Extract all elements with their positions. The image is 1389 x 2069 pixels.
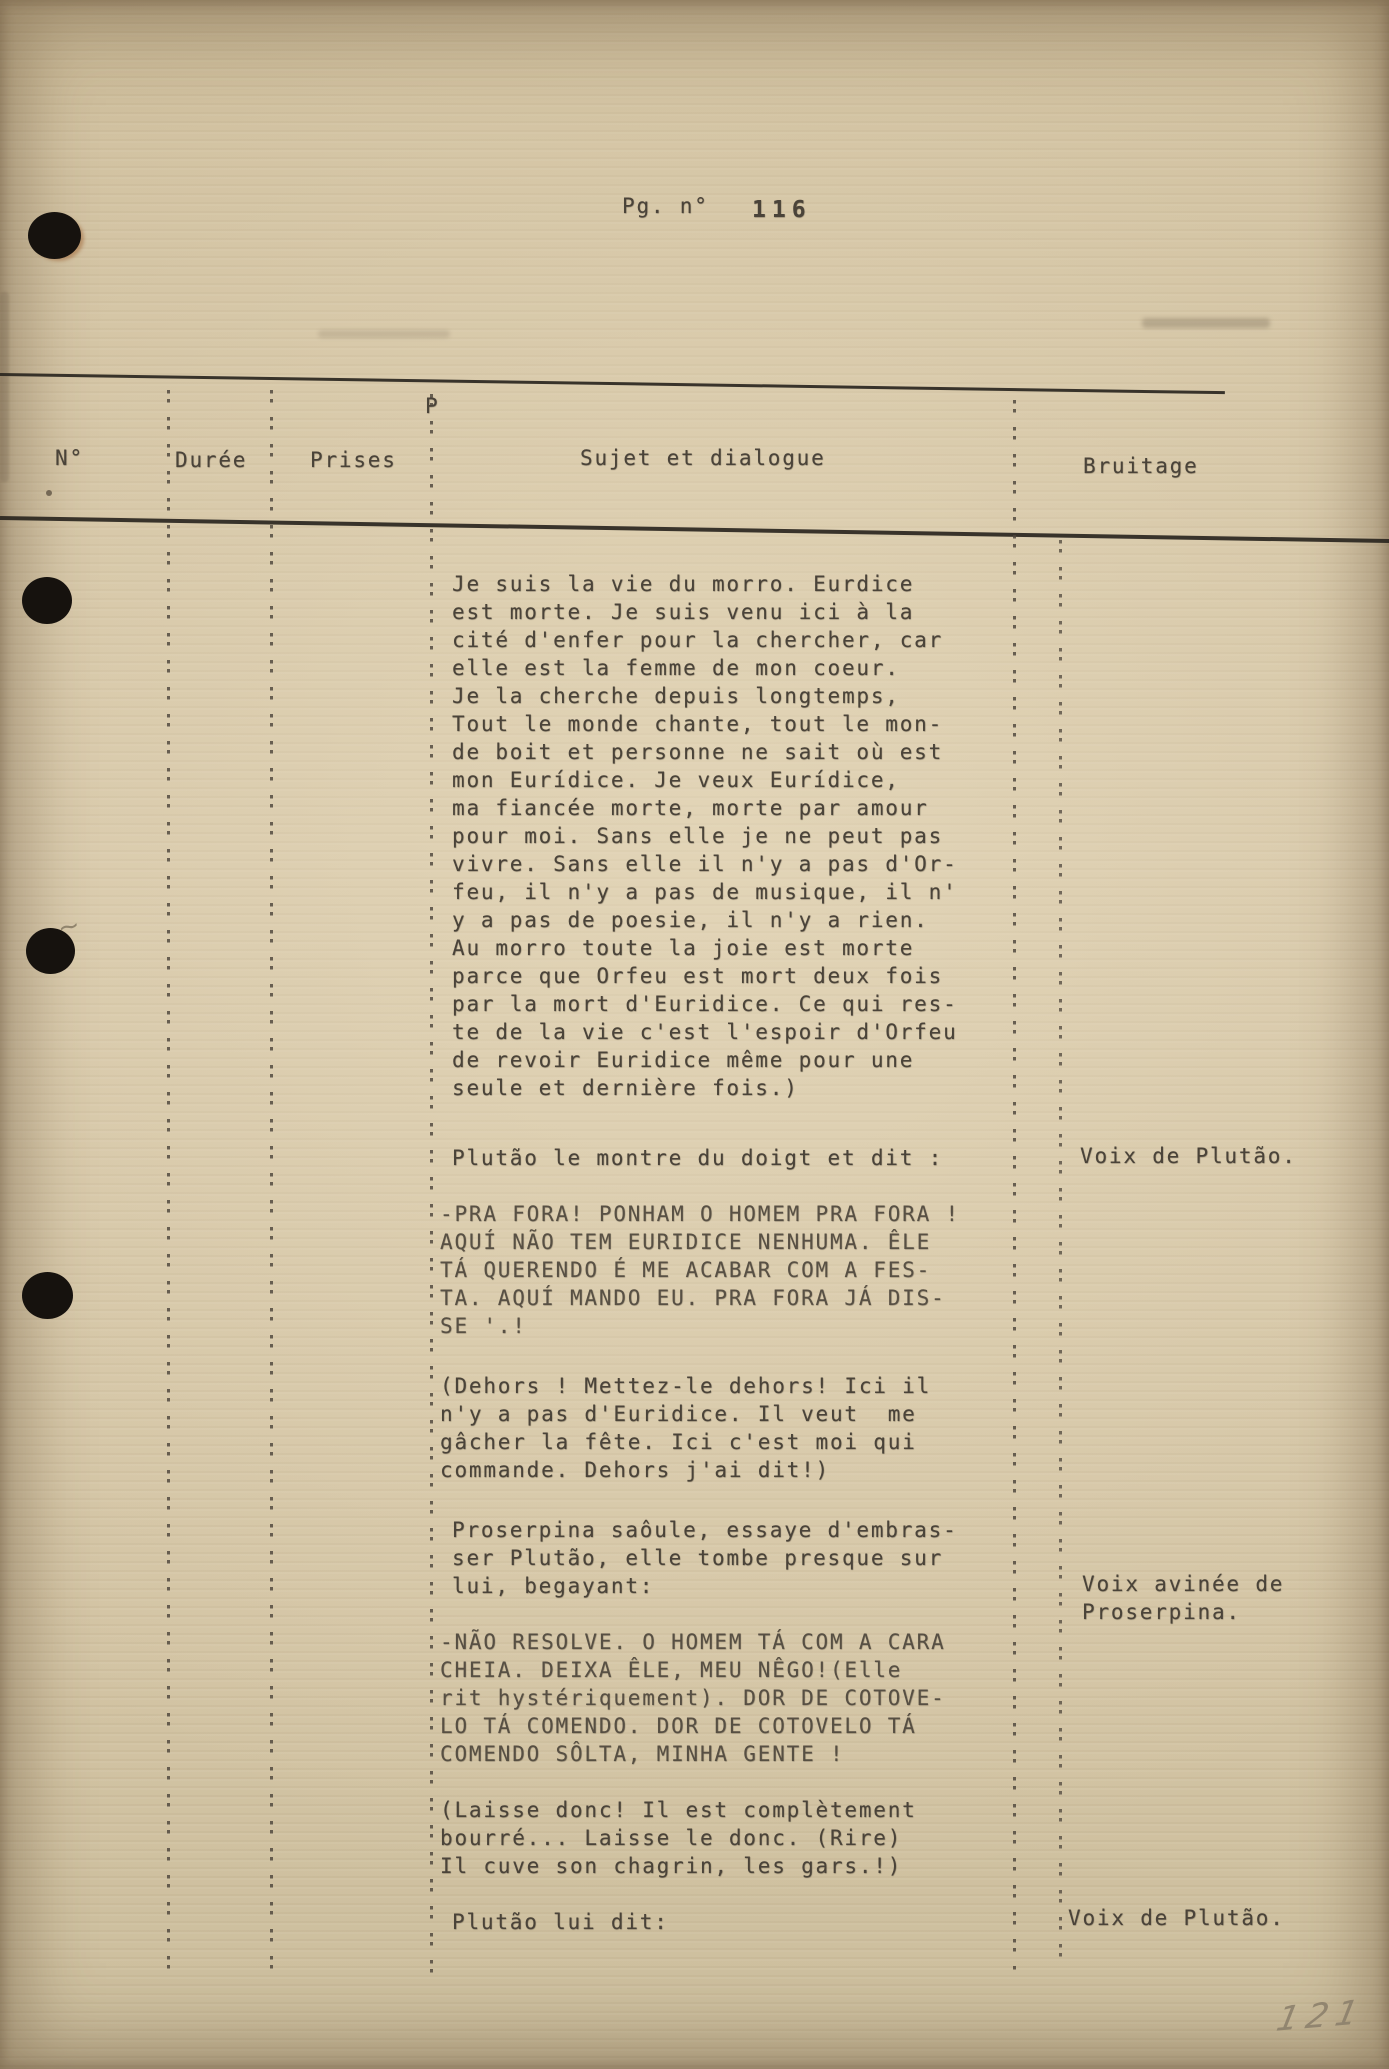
- dialogue-french-translation-2: (Laisse donc! Il est complètementbourré.…: [440, 1796, 917, 1880]
- stage-direction-plutao-says: Plutão lui dit:: [452, 1908, 669, 1936]
- text-line: (Dehors ! Mettez-le dehors! Ici il: [440, 1372, 931, 1400]
- column-header-duree: Durée: [175, 446, 247, 474]
- text-line: Plutão lui dit:: [452, 1908, 669, 1936]
- column-divider-dots: [430, 394, 433, 1974]
- text-line: lui, begayant:: [452, 1572, 958, 1600]
- text-line: Voix de Plutão.: [1068, 1904, 1285, 1932]
- stage-direction-proserpina: Proserpina saôule, essaye d'embras-ser P…: [452, 1516, 958, 1600]
- punch-hole: [22, 577, 72, 624]
- text-line: ser Plutão, elle tombe presque sur: [452, 1544, 958, 1572]
- column-divider-dots: [1059, 540, 1062, 1970]
- stage-direction-plutao-points: Plutão le montre du doigt et dit :: [452, 1144, 943, 1172]
- text-line: commande. Dehors j'ai dit!): [440, 1456, 931, 1484]
- table-top-rule: [0, 373, 1225, 394]
- text-line: Voix avinée de: [1082, 1570, 1284, 1598]
- dialogue-french-translation-1: (Dehors ! Mettez-le dehors! Ici iln'y a …: [440, 1372, 931, 1484]
- text-line: (Laisse donc! Il est complètement: [440, 1796, 917, 1824]
- text-line: -NÃO RESOLVE. O HOMEM TÁ COM A CARA: [440, 1628, 946, 1656]
- text-line: TÁ QUERENDO É ME ACABAR COM A FES-: [440, 1256, 960, 1284]
- text-line: AQUÍ NÃO TEM EURIDICE NENHUMA. ÊLE: [440, 1228, 960, 1256]
- text-line: te de la vie c'est l'espoir d'Orfeu: [452, 1018, 958, 1046]
- text-line: SE '.!: [440, 1312, 960, 1340]
- text-line: elle est la femme de mon coeur.: [452, 654, 958, 682]
- text-line: gâcher la fête. Ici c'est moi qui: [440, 1428, 931, 1456]
- punch-hole: [28, 212, 81, 259]
- text-line: feu, il n'y a pas de musique, il n': [452, 878, 958, 906]
- pencil-smudge: [1142, 318, 1270, 328]
- scanned-script-page: ~ Pg. n° 116 N° Durée Prises Sujet et di…: [0, 0, 1389, 2069]
- text-line: Proserpina saôule, essaye d'embras-: [452, 1516, 958, 1544]
- text-line: Je suis la vie du morro. Eurdice: [452, 570, 958, 598]
- dialogue-plutao-shout: -PRA FORA! PONHAM O HOMEM PRA FORA !AQUÍ…: [440, 1200, 960, 1340]
- handwritten-page-number: 121: [1273, 1992, 1369, 2039]
- ink-speck: [46, 490, 52, 496]
- punch-hole: [22, 1272, 73, 1319]
- text-line: Je la cherche depuis longtemps,: [452, 682, 958, 710]
- text-line: Tout le monde chante, tout le mon-: [452, 710, 958, 738]
- text-line: Voix de Plutão.: [1080, 1142, 1297, 1170]
- text-line: pour moi. Sans elle je ne peut pas: [452, 822, 958, 850]
- text-line: rit hystériquement). DOR DE COTOVE-: [440, 1684, 946, 1712]
- dialogue-proserpina-shout: -NÃO RESOLVE. O HOMEM TÁ COM A CARACHEIA…: [440, 1628, 946, 1768]
- page-number-value: 116: [752, 196, 812, 224]
- bruitage-voix-avinee-proserpina: Voix avinée deProserpina.: [1082, 1570, 1284, 1626]
- text-line: TA. AQUÍ MANDO EU. PRA FORA JÁ DIS-: [440, 1284, 960, 1312]
- text-line: Au morro toute la joie est morte: [452, 934, 958, 962]
- text-line: y a pas de poesie, il n'y a rien.: [452, 906, 958, 934]
- text-line: de revoir Euridice même pour une: [452, 1046, 958, 1074]
- column-header-bruitage: Bruitage: [1083, 452, 1199, 480]
- text-line: LO TÁ COMENDO. DOR DE COTOVELO TÁ: [440, 1712, 946, 1740]
- text-line: mon Eurídice. Je veux Eurídice,: [452, 766, 958, 794]
- column-header-prises: Prises: [310, 446, 397, 474]
- text-line: parce que Orfeu est mort deux fois: [452, 962, 958, 990]
- text-line: Il cuve son chagrin, les gars.!): [440, 1852, 917, 1880]
- column-divider-dots: [270, 390, 273, 1975]
- column-header-numero: N°: [55, 444, 84, 472]
- dialogue-monologue-orfeu: Je suis la vie du morro. Eurdiceest mort…: [452, 570, 958, 1102]
- text-line: ma fiancée morte, morte par amour: [452, 794, 958, 822]
- column-header-sujet-et-dialogue: Sujet et dialogue: [580, 444, 826, 472]
- table-header-rule: [0, 516, 1389, 543]
- stray-typed-character: P: [425, 392, 439, 420]
- column-divider-dots: [1013, 400, 1016, 1975]
- text-line: de boit et personne ne sait où est: [452, 738, 958, 766]
- text-line: n'y a pas d'Euridice. Il veut me: [440, 1400, 931, 1428]
- text-line: par la mort d'Euridice. Ce qui res-: [452, 990, 958, 1018]
- text-line: Plutão le montre du doigt et dit :: [452, 1144, 943, 1172]
- text-line: bourré... Laisse le donc. (Rire): [440, 1824, 917, 1852]
- text-line: est morte. Je suis venu ici à la: [452, 598, 958, 626]
- text-line: Proserpina.: [1082, 1598, 1284, 1626]
- page-number-label: Pg. n°: [622, 192, 709, 220]
- text-line: vivre. Sans elle il n'y a pas d'Or-: [452, 850, 958, 878]
- text-line: COMENDO SÔLTA, MINHA GENTE !: [440, 1740, 946, 1768]
- column-divider-dots: [167, 390, 170, 1975]
- text-line: -PRA FORA! PONHAM O HOMEM PRA FORA !: [440, 1200, 960, 1228]
- bruitage-voix-de-plutao-1: Voix de Plutão.: [1080, 1142, 1297, 1170]
- bruitage-voix-de-plutao-2: Voix de Plutão.: [1068, 1904, 1285, 1932]
- pencil-smudge: [318, 330, 450, 338]
- text-line: seule et dernière fois.): [452, 1074, 958, 1102]
- page-edge-shadow: [0, 292, 9, 482]
- text-line: CHEIA. DEIXA ÊLE, MEU NÊGO!(Elle: [440, 1656, 946, 1684]
- text-line: cité d'enfer pour la chercher, car: [452, 626, 958, 654]
